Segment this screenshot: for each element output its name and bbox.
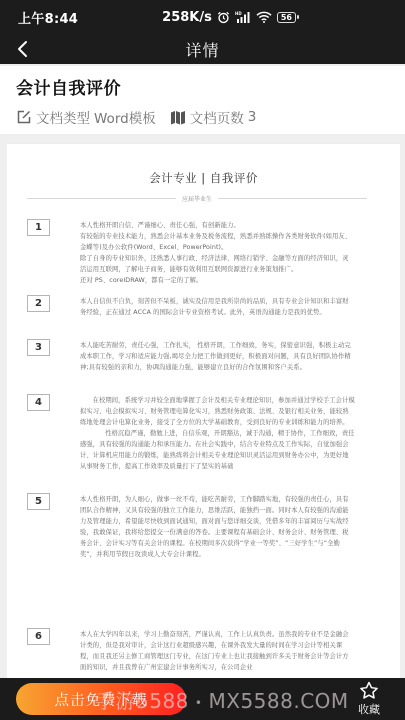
doc-meta: 文档类型 Word模板 文档页数 3 bbox=[16, 107, 389, 127]
doc-pages: 文档页数 3 bbox=[170, 107, 257, 127]
section-number: 5 bbox=[27, 493, 50, 510]
preview-subtitle-text: 应届毕业生 bbox=[182, 194, 212, 203]
section-text: 本人能吃苦耐劳，责任心强，工作扎实， 性格开朗，工作细致，务实，保密意识强，积极… bbox=[80, 340, 355, 373]
section-number: 1 bbox=[27, 219, 50, 236]
star-outline-icon bbox=[359, 681, 379, 700]
favorite-label: 收藏 bbox=[358, 701, 380, 717]
doc-title: 会计自我评价 bbox=[16, 74, 389, 99]
page-title: 详情 bbox=[185, 38, 219, 61]
net-speed: 258K/s bbox=[162, 10, 212, 25]
bottom-bar: 点击免费下载 手游5588•MX5588.COM 收藏 bbox=[0, 678, 405, 720]
status-icons: 258K/s HD 56 bbox=[162, 10, 299, 25]
section-text: 本人性格开朗自信、严谨细心、责任心强，有创新能力。 有较强的专业技术能力，熟悉会… bbox=[80, 220, 355, 286]
preview-title: 会计专业 | 自我评价 bbox=[7, 170, 400, 186]
section-text: 在校期间，系统学习并较全面地掌握了会计及相关专业理论知识，参加并通过学校手工会计… bbox=[80, 395, 355, 472]
doc-type: 文档类型 Word模板 bbox=[16, 107, 156, 127]
section-number: 2 bbox=[27, 295, 50, 312]
section-number: 3 bbox=[27, 339, 50, 356]
battery-icon: 56 bbox=[277, 12, 299, 23]
preview-subtitle: 应届毕业生 bbox=[27, 194, 367, 203]
back-button[interactable] bbox=[10, 36, 36, 62]
status-bar: 上午8:44 258K/s HD 56 bbox=[0, 0, 405, 34]
section-text: 本人在大学四年以来，学习上勤奋刻苦，严谨认真，工作上认真负责。虽然我的专业不是金… bbox=[80, 629, 355, 673]
status-time: 上午8:44 bbox=[18, 8, 78, 27]
favorite-button[interactable]: 收藏 bbox=[349, 681, 389, 717]
doc-type-value: Word模板 bbox=[94, 107, 156, 127]
chevron-left-icon bbox=[16, 40, 30, 58]
doc-info-card: 会计自我评价 文档类型 Word模板 文档页数 3 bbox=[0, 66, 405, 134]
document-preview[interactable]: 会计专业 | 自我评价 应届毕业生 1 本人性格开朗自信、严谨细心、责任心强，有… bbox=[7, 143, 400, 703]
section-text: 本人性格开朗，为人细心，做事一丝不苟，能吃苦耐劳，工作脚踏实地，有较强的责任心，… bbox=[80, 494, 355, 560]
alarm-icon bbox=[217, 11, 230, 24]
section-number: 6 bbox=[27, 628, 50, 645]
battery-level: 56 bbox=[277, 12, 296, 23]
section-number: 4 bbox=[27, 394, 50, 411]
doc-type-label: 文档类型 bbox=[36, 107, 90, 127]
map-book-icon bbox=[170, 110, 186, 125]
screen: 上午8:44 258K/s HD 56 详情 会计自我评价 bbox=[0, 0, 405, 720]
hd-signal-icon: HD bbox=[235, 11, 251, 23]
free-download-button[interactable]: 点击免费下载 bbox=[16, 683, 186, 715]
edit-icon bbox=[16, 109, 32, 125]
svg-text:HD: HD bbox=[235, 11, 242, 16]
doc-pages-value: 3 bbox=[248, 109, 257, 125]
doc-pages-label: 文档页数 bbox=[190, 107, 244, 127]
section-text: 本人自信但不自负，刻苦但不呆板，诚实及信用是我所崇尚的品质，具有专业会计知识和丰… bbox=[80, 296, 355, 318]
nav-bar: 详情 bbox=[0, 34, 405, 64]
wifi-icon bbox=[256, 11, 272, 23]
